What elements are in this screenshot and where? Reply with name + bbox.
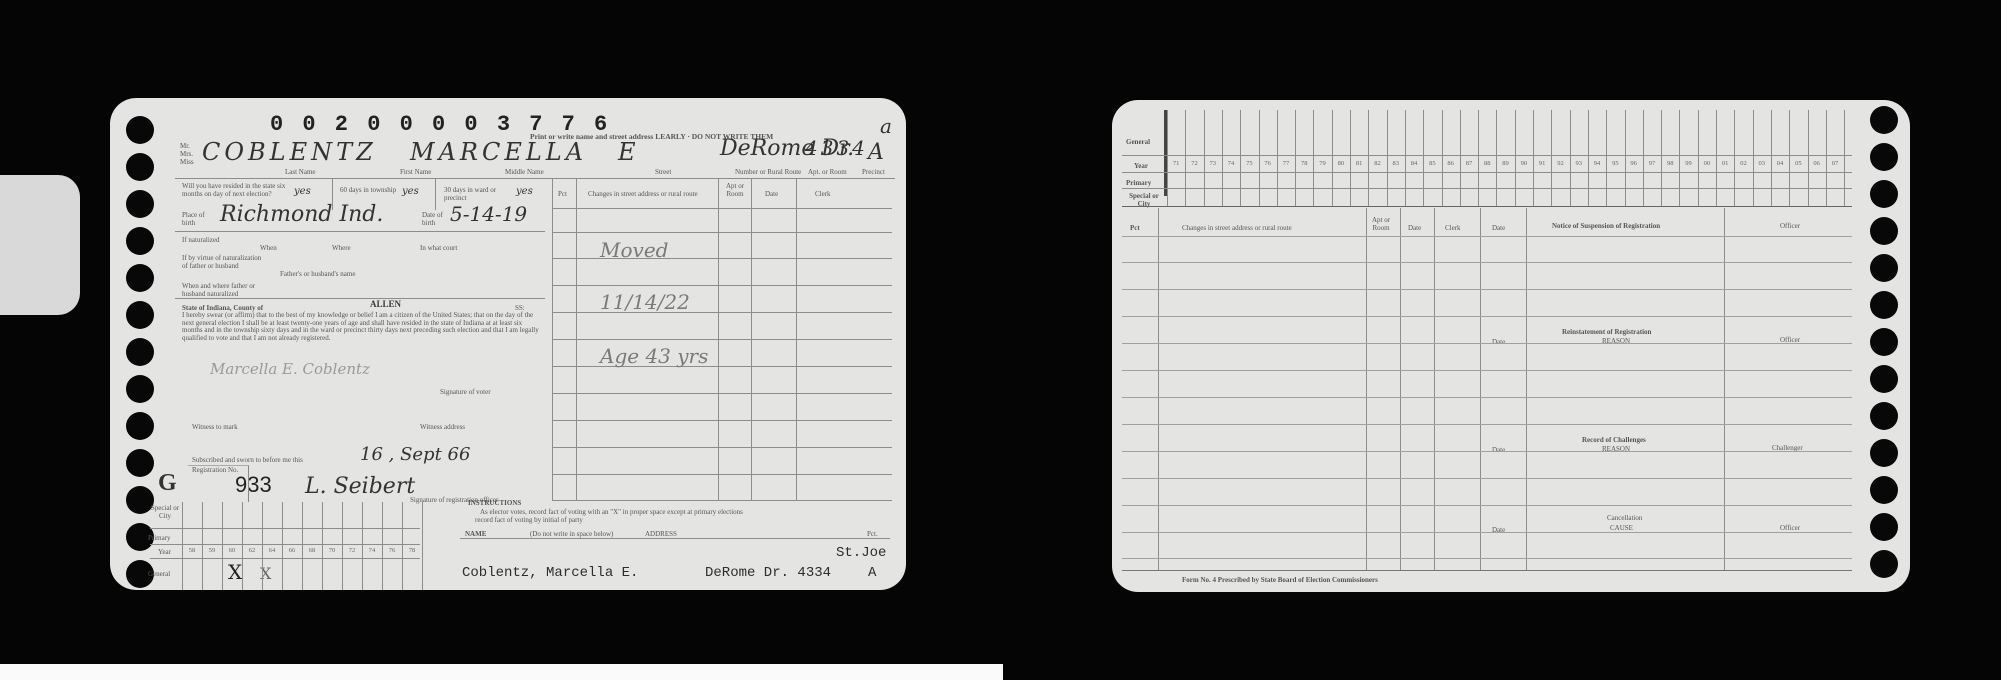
grid-line bbox=[1240, 110, 1241, 206]
subscribed-text: Subscribed and sworn to before me this bbox=[192, 456, 303, 464]
officer-signature: L. Seibert bbox=[305, 474, 415, 499]
grid-line bbox=[1844, 110, 1845, 206]
year-cell: 79 bbox=[1313, 160, 1331, 167]
grid-line bbox=[150, 558, 420, 559]
residency-a2: yes bbox=[402, 186, 419, 197]
punch-hole bbox=[126, 412, 154, 440]
year-cell: 03 bbox=[1753, 160, 1771, 167]
middle-name-value: E bbox=[618, 138, 636, 166]
row-line bbox=[1122, 289, 1852, 290]
row-line bbox=[1122, 505, 1852, 506]
punch-hole bbox=[126, 264, 154, 292]
year-cell: 92 bbox=[1551, 160, 1569, 167]
subscribed-date: 16 , Sept 66 bbox=[360, 444, 470, 465]
punch-hole bbox=[1870, 402, 1898, 430]
typed-township: St.Joe bbox=[836, 545, 886, 561]
divider bbox=[1122, 570, 1852, 571]
when-label: When bbox=[260, 244, 277, 252]
row-line bbox=[552, 420, 892, 421]
year-cell: 75 bbox=[1240, 160, 1258, 167]
suspension-date-label: Date bbox=[1492, 224, 1505, 232]
grid-label-primary: Primary bbox=[148, 534, 171, 542]
row-line bbox=[552, 447, 892, 448]
year-cell: 83 bbox=[1387, 160, 1405, 167]
year-cell: 80 bbox=[1332, 160, 1350, 167]
year-cell: 62 bbox=[242, 547, 262, 554]
grid-line bbox=[1625, 110, 1626, 206]
year-cell: 81 bbox=[1350, 160, 1368, 167]
grid-line bbox=[1716, 110, 1717, 206]
grid-line bbox=[1771, 110, 1772, 206]
residency-q1: Will you have resided in the state six m… bbox=[182, 182, 290, 198]
suspension-title: Notice of Suspension of Registration bbox=[1552, 222, 1660, 230]
precinct-value: A bbox=[868, 140, 884, 165]
grid-line bbox=[1122, 206, 1852, 207]
grid-line bbox=[1533, 110, 1534, 206]
row-line bbox=[552, 339, 892, 340]
punch-hole bbox=[1870, 439, 1898, 467]
grid-line bbox=[1753, 110, 1754, 206]
grid-line bbox=[282, 502, 283, 590]
punch-hole bbox=[1870, 291, 1898, 319]
first-name-label: First Name bbox=[400, 168, 431, 176]
row-line bbox=[552, 474, 892, 475]
back-registration-card: General Year Primary Special or City Pct… bbox=[1112, 100, 1910, 592]
col-changes: Changes in street address or rural route bbox=[588, 190, 698, 198]
do-not-write-label: (Do not write in space below) bbox=[530, 530, 613, 538]
grid-label-year: Year bbox=[158, 548, 171, 556]
punch-hole bbox=[126, 375, 154, 403]
typed-name: Coblentz, Marcella E. bbox=[462, 565, 638, 581]
naturalized-label: If naturalized bbox=[182, 236, 220, 244]
col-apt: Apt or Room bbox=[722, 182, 748, 198]
grid-line bbox=[1643, 110, 1644, 206]
partial-card-edge bbox=[0, 175, 80, 315]
row-line bbox=[552, 285, 892, 286]
grid-line bbox=[322, 502, 323, 590]
last-name-value: COBLENTZ bbox=[202, 138, 377, 166]
grid-line bbox=[1185, 110, 1186, 206]
col-clerk: Clerk bbox=[815, 190, 831, 198]
residency-q2: 60 days in township bbox=[340, 186, 400, 194]
grid-line bbox=[150, 544, 420, 545]
year-cell: 59 bbox=[202, 547, 222, 554]
back-col-date: Date bbox=[1408, 224, 1421, 232]
year-cell: 68 bbox=[302, 547, 322, 554]
grid-line bbox=[242, 502, 243, 590]
year-cell: 97 bbox=[1643, 160, 1661, 167]
letter-code: G bbox=[158, 470, 177, 497]
punch-hole bbox=[126, 227, 154, 255]
oath-text: I hereby swear (or affirm) that to the b… bbox=[182, 312, 542, 342]
registration-box bbox=[188, 465, 249, 502]
year-cell: 73 bbox=[1204, 160, 1222, 167]
grid-line bbox=[1734, 110, 1735, 206]
year-cell: 05 bbox=[1789, 160, 1807, 167]
year-cell: 84 bbox=[1405, 160, 1423, 167]
year-cell: 76 bbox=[382, 547, 402, 554]
grid-line bbox=[1313, 110, 1314, 206]
punch-hole bbox=[1870, 143, 1898, 171]
row-line bbox=[552, 208, 892, 209]
row-line bbox=[1122, 478, 1852, 479]
punch-hole bbox=[126, 116, 154, 144]
form-footer: Form No. 4 Prescribed by State Board of … bbox=[1182, 576, 1378, 584]
father-name-label: Father's or husband's name bbox=[280, 270, 355, 278]
apt-value: 4334 bbox=[805, 136, 868, 160]
birth-place-label: Place of birth bbox=[182, 211, 218, 227]
cancellation-officer-label: Officer bbox=[1780, 524, 1800, 532]
title-prefix-mrs: Mrs. bbox=[180, 150, 193, 158]
reinstatement-title: Reinstatement of Registration bbox=[1562, 328, 1651, 336]
corner-mark: a bbox=[880, 114, 892, 138]
birth-date-label: Date of birth bbox=[422, 211, 450, 227]
name-label: NAME bbox=[465, 530, 486, 538]
year-cell: 85 bbox=[1423, 160, 1441, 167]
year-cell: 00 bbox=[1698, 160, 1716, 167]
street-label: Street bbox=[655, 168, 671, 176]
back-grid-label-year: Year bbox=[1134, 162, 1148, 170]
signature-label: Signature of voter bbox=[440, 388, 491, 396]
punch-hole bbox=[1870, 513, 1898, 541]
birth-place-value: Richmond Ind. bbox=[220, 202, 383, 227]
punch-hole bbox=[1870, 217, 1898, 245]
grid-line bbox=[382, 502, 383, 590]
grid-line bbox=[1515, 110, 1516, 206]
pct-label: Pct. bbox=[867, 530, 878, 538]
number-label: Number or Rural Route bbox=[735, 168, 801, 176]
grid-line bbox=[1570, 110, 1571, 206]
grid-line bbox=[1698, 110, 1699, 206]
divider bbox=[460, 538, 890, 539]
punch-hole bbox=[1870, 106, 1898, 134]
typed-address: DeRome Dr. 4334 bbox=[705, 565, 831, 581]
year-cell: 95 bbox=[1606, 160, 1624, 167]
grid-line bbox=[1222, 110, 1223, 206]
witness-mark-label: Witness to mark bbox=[192, 423, 238, 431]
apt-label: Apt. or Room bbox=[808, 168, 847, 176]
grid-line bbox=[1368, 110, 1369, 206]
year-cell: 76 bbox=[1259, 160, 1277, 167]
year-cell: 04 bbox=[1771, 160, 1789, 167]
grid-line bbox=[1551, 110, 1552, 206]
grid-line bbox=[1826, 110, 1827, 206]
where-label: Where bbox=[332, 244, 351, 252]
typed-precinct: A bbox=[868, 565, 876, 581]
reinstatement-date-label: Date bbox=[1492, 338, 1505, 346]
punch-hole bbox=[1870, 476, 1898, 504]
back-col-apt: Apt or Room bbox=[1366, 216, 1396, 232]
grid-line bbox=[1588, 110, 1589, 206]
back-grid-label-primary: Primary bbox=[1126, 179, 1151, 187]
grid-line bbox=[182, 502, 183, 590]
grid-line bbox=[1789, 110, 1790, 206]
year-cell: 93 bbox=[1570, 160, 1588, 167]
year-cell: 74 bbox=[362, 547, 382, 554]
grid-line bbox=[262, 502, 263, 590]
grid-label-general: General bbox=[148, 570, 170, 578]
court-label: In what court bbox=[420, 244, 457, 252]
year-cell: 86 bbox=[1442, 160, 1460, 167]
grid-line bbox=[222, 502, 223, 590]
divider bbox=[175, 298, 545, 299]
instructions-title: INSTRUCTIONS bbox=[468, 499, 521, 507]
cancellation-cause-label: CAUSE bbox=[1610, 524, 1633, 532]
punch-hole bbox=[126, 301, 154, 329]
punch-hole bbox=[1870, 365, 1898, 393]
residency-a3: yes bbox=[516, 186, 533, 197]
grid-line bbox=[1405, 110, 1406, 206]
grid-line bbox=[1259, 110, 1260, 206]
grid-line bbox=[342, 502, 343, 590]
year-cell: 60 bbox=[222, 547, 242, 554]
col-pct: Pct bbox=[558, 190, 567, 198]
punch-hole bbox=[126, 153, 154, 181]
row-line bbox=[1122, 370, 1852, 371]
year-cell: 77 bbox=[1277, 160, 1295, 167]
back-col-changes: Changes in street address or rural route bbox=[1182, 224, 1292, 232]
grid-line bbox=[1661, 110, 1662, 206]
punch-hole bbox=[126, 338, 154, 366]
middle-name-label: Middle Name bbox=[505, 168, 544, 176]
grid-line bbox=[1122, 155, 1852, 156]
grid-line bbox=[1606, 110, 1607, 206]
year-cell: 66 bbox=[282, 547, 302, 554]
county-value: ALLEN bbox=[370, 299, 401, 309]
year-cell: 82 bbox=[1368, 160, 1386, 167]
address-label: ADDRESS bbox=[645, 530, 677, 538]
row-line bbox=[1122, 397, 1852, 398]
grid-line bbox=[202, 502, 203, 590]
last-name-label: Last Name bbox=[285, 168, 316, 176]
suspension-officer-label: Officer bbox=[1780, 222, 1800, 230]
year-cell: 90 bbox=[1515, 160, 1533, 167]
grid-line bbox=[1167, 110, 1168, 206]
year-cell: 88 bbox=[1478, 160, 1496, 167]
challenges-title: Record of Challenges bbox=[1582, 436, 1646, 444]
grid-line bbox=[1679, 110, 1680, 206]
row-line bbox=[1122, 262, 1852, 263]
year-cell: 07 bbox=[1826, 160, 1844, 167]
residency-a1: yes bbox=[294, 186, 311, 197]
punch-hole bbox=[126, 190, 154, 218]
title-prefix-miss: Miss bbox=[180, 158, 194, 166]
title-prefix-mr: Mr. bbox=[180, 142, 190, 150]
year-cell: 71 bbox=[1167, 160, 1185, 167]
grid-line bbox=[302, 502, 303, 590]
year-cell: 99 bbox=[1679, 160, 1697, 167]
year-cell: 74 bbox=[1222, 160, 1240, 167]
row-line bbox=[1122, 451, 1852, 452]
grid-line bbox=[150, 528, 420, 529]
first-name-value: MARCELLA bbox=[410, 138, 587, 166]
year-cell: 70 bbox=[322, 547, 342, 554]
grid-line bbox=[1423, 110, 1424, 206]
col-date: Date bbox=[765, 190, 778, 198]
punch-hole bbox=[1870, 550, 1898, 578]
back-col-pct: Pct bbox=[1130, 224, 1140, 232]
grid-line bbox=[1295, 110, 1296, 206]
voter-signature: Marcella E. Coblentz bbox=[210, 360, 370, 378]
birth-date-value: 5-14-19 bbox=[450, 202, 527, 226]
divider bbox=[435, 178, 436, 210]
grid-line bbox=[402, 502, 403, 590]
punch-hole bbox=[126, 449, 154, 477]
cancellation-title: Cancellation bbox=[1607, 514, 1642, 522]
year-cell: 58 bbox=[182, 547, 202, 554]
grid-line bbox=[1277, 110, 1278, 206]
change-entry-1: Moved bbox=[600, 238, 668, 262]
grid-line bbox=[1460, 110, 1461, 206]
back-grid-label-general: General bbox=[1126, 138, 1150, 146]
grid-line bbox=[1442, 110, 1443, 206]
year-cell: 72 bbox=[1185, 160, 1203, 167]
year-cell: 96 bbox=[1625, 160, 1643, 167]
punch-hole bbox=[1870, 180, 1898, 208]
residency-q3: 30 days in ward or precinct bbox=[444, 186, 514, 202]
precinct-label: Precinct bbox=[862, 168, 885, 176]
back-col-clerk: Clerk bbox=[1445, 224, 1461, 232]
row-line bbox=[1122, 558, 1852, 559]
front-registration-card: 0 0 2 0 0 0 0 3 7 7 6 Print or write nam… bbox=[110, 98, 906, 590]
grid-line bbox=[1478, 110, 1479, 206]
grid-line bbox=[1496, 110, 1497, 206]
year-cell: 06 bbox=[1808, 160, 1826, 167]
virtue-label: If by virtue of naturalization of father… bbox=[182, 254, 262, 270]
year-cell: 98 bbox=[1661, 160, 1679, 167]
change-entry-2: 11/14/22 bbox=[600, 290, 690, 314]
change-entry-3: Age 43 yrs bbox=[600, 344, 708, 368]
grid-line bbox=[1122, 188, 1852, 189]
instructions-text-1: As elector votes, record fact of voting … bbox=[480, 508, 743, 516]
row-line bbox=[1122, 532, 1852, 533]
divider bbox=[175, 231, 545, 232]
grid-label-special: Special or City bbox=[150, 504, 180, 520]
punch-hole bbox=[1870, 328, 1898, 356]
year-cell: 78 bbox=[402, 547, 422, 554]
when-where-label: When and where father or husband natural… bbox=[182, 282, 272, 298]
general-mark-1: X bbox=[228, 560, 242, 584]
year-cell: 94 bbox=[1588, 160, 1606, 167]
witness-address-label: Witness address bbox=[420, 423, 465, 431]
grid-line bbox=[1350, 110, 1351, 206]
year-cell: 78 bbox=[1295, 160, 1313, 167]
divider bbox=[175, 178, 895, 179]
year-cell: 72 bbox=[342, 547, 362, 554]
grid-line bbox=[1387, 110, 1388, 206]
year-cell: 02 bbox=[1734, 160, 1752, 167]
challenges-date-label: Date bbox=[1492, 446, 1505, 454]
row-line bbox=[1122, 343, 1852, 344]
row-line bbox=[1122, 424, 1852, 425]
grid-line bbox=[1808, 110, 1809, 206]
punch-hole bbox=[1870, 254, 1898, 282]
row-line bbox=[552, 232, 892, 233]
row-line bbox=[552, 500, 892, 501]
white-strip bbox=[0, 664, 1003, 680]
grid-line bbox=[1122, 172, 1852, 173]
year-cell: 91 bbox=[1533, 160, 1551, 167]
grid-line bbox=[1332, 110, 1333, 206]
row-line bbox=[552, 393, 892, 394]
grid-line bbox=[362, 502, 363, 590]
row-line bbox=[1122, 316, 1852, 317]
instructions-text-2: record fact of voting by initial of part… bbox=[475, 516, 583, 524]
year-cell: 89 bbox=[1496, 160, 1514, 167]
row-line bbox=[1122, 236, 1852, 237]
year-cell: 64 bbox=[262, 547, 282, 554]
year-cell: 01 bbox=[1716, 160, 1734, 167]
grid-line bbox=[422, 502, 423, 590]
grid-line bbox=[1204, 110, 1205, 206]
year-cell: 87 bbox=[1460, 160, 1478, 167]
